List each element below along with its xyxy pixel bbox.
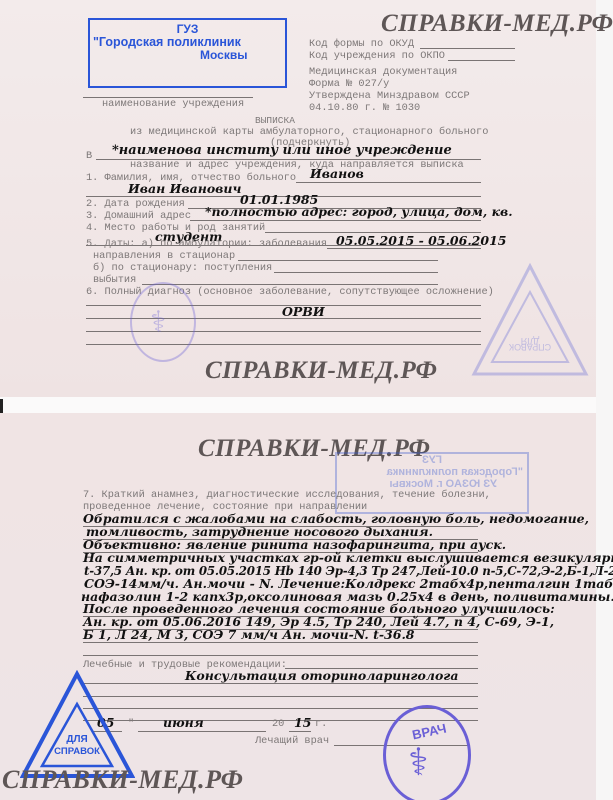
anamnesis-line-10[interactable]: Б 1, Л 24, М 3, СОЭ 7 мм/ч Ан. мочи-N. t… xyxy=(83,628,415,642)
order-number: 04.10.80 г. № 1030 xyxy=(309,102,420,114)
triangle-stamp-faded: ДЛЯ СПРАВОК xyxy=(470,262,590,382)
separator-mark xyxy=(0,399,3,413)
svg-text:СПРАВОК: СПРАВОК xyxy=(54,746,100,757)
med-doc-label: Медицинская документация xyxy=(309,66,457,78)
anamnesis-rule-10 xyxy=(83,642,478,643)
hospital-admission-field[interactable] xyxy=(274,272,438,273)
surname-line xyxy=(296,182,481,183)
to-value[interactable]: *наименова институ или иное учреждение xyxy=(112,144,452,158)
given-names-value[interactable]: Иван Иванович xyxy=(128,182,241,196)
discharge-field[interactable] xyxy=(142,284,438,285)
hospital-admission-label: б) по стационару: поступления xyxy=(93,262,272,274)
page-margin xyxy=(596,0,613,800)
dob-label: 2. Дата рождения xyxy=(86,198,185,210)
mirrored-stamp-line-2: "Городская поликлиника xyxy=(337,466,527,478)
recommendations-rule-1 xyxy=(83,683,478,684)
caduceus-icon: ⚕ xyxy=(150,305,166,340)
caduceus-icon: ⚕ xyxy=(408,740,429,784)
page-separator xyxy=(0,397,596,414)
date-year-unit: г. xyxy=(315,718,327,730)
hospital-referral-field[interactable] xyxy=(238,260,438,261)
watermark-top: СПРАВКИ-МЕД.РФ xyxy=(381,10,613,38)
anamnesis-label-1: 7. Краткий анамнез, диагностические иссл… xyxy=(83,489,491,501)
dates-label: 5. Даты: а) по амбулатории: заболевания xyxy=(86,238,327,250)
okpo-label: Код учреждения по ОКПО xyxy=(309,50,445,62)
recommendations-value[interactable]: Консультация оториноларинголога xyxy=(185,669,458,683)
anamnesis-line-4[interactable]: На симметричных участках гр-ой клетки вы… xyxy=(83,551,613,565)
triangle-stamp: ДЛЯ СПРАВОК xyxy=(20,670,135,780)
address-line xyxy=(190,220,481,221)
illness-dates-value[interactable]: 05.05.2015 - 05.06.2015 xyxy=(336,234,506,248)
surname-value[interactable]: Иванов xyxy=(310,167,364,181)
date-month[interactable]: июня xyxy=(163,716,204,730)
doctor-label: Лечащий врач xyxy=(255,735,329,747)
stamp-line-2: "Городская поликлиник xyxy=(90,36,285,49)
hospital-referral-label: направления в стационар xyxy=(93,250,235,262)
okud-label: Код формы по ОКУД xyxy=(309,38,414,50)
mirrored-stamp-line-1: ГУЗ xyxy=(337,454,527,466)
institution-caption: наименование учреждения xyxy=(102,98,244,110)
doctor-stamp: ВРАЧ ⚕ xyxy=(383,705,471,800)
address-label: 3. Домашний адрес xyxy=(86,210,191,222)
svg-text:ДЛЯ: ДЛЯ xyxy=(66,734,87,745)
anamnesis-rule-11 xyxy=(83,655,478,656)
okud-field[interactable] xyxy=(420,48,515,49)
approved-by: Утверждена Минздравом СССР xyxy=(309,90,470,102)
date-year-prefix: 20 xyxy=(272,718,284,730)
diagnosis-value[interactable]: ОРВИ xyxy=(282,305,325,319)
to-prefix: В xyxy=(86,150,92,162)
form-number: Форма № 027/у xyxy=(309,78,389,90)
watermark-bottom: СПРАВКИ-МЕД.РФ xyxy=(2,765,243,795)
date-month-line xyxy=(138,731,266,732)
address-value[interactable]: *полностью адрес: город, улица, дом, кв. xyxy=(205,205,513,219)
illness-dates-line xyxy=(327,248,481,249)
discharge-label: выбытия xyxy=(93,274,136,286)
watermark-middle: СПРАВКИ-МЕД.РФ xyxy=(205,357,437,385)
svg-text:СПРАВОК: СПРАВОК xyxy=(508,342,551,352)
date-year-suffix[interactable]: 15 xyxy=(294,716,311,730)
institution-stamp: ГУЗ "Городская поликлиник Москвы xyxy=(88,18,287,88)
recommendations-rule-2 xyxy=(83,696,478,697)
to-caption: название и адрес учреждения, куда направ… xyxy=(130,159,464,171)
stamp-line-3: Москвы xyxy=(90,49,285,62)
date-year-line xyxy=(289,731,311,732)
okpo-field[interactable] xyxy=(448,60,515,61)
